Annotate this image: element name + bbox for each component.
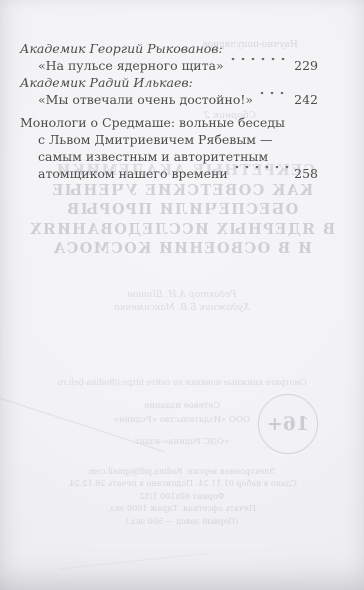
toc-entry-text: Академик Георгий Рыкованов: bbox=[20, 40, 223, 57]
ghost-credit-line: Редактор А.И. Шишов bbox=[0, 289, 364, 302]
toc-entry: самым известным и авторитетным bbox=[20, 148, 318, 165]
dot-leader bbox=[235, 166, 289, 179]
age-rating-label: 16+ bbox=[267, 413, 309, 435]
ghost-title-line: ОБЕСПЕЧИЛИ ПРОРЫВ bbox=[0, 200, 364, 220]
table-of-contents: Академик Георгий Рыкованов: «На пульсе я… bbox=[20, 40, 318, 182]
toc-entry: Академик Георгий Рыкованов: bbox=[20, 40, 318, 57]
ghost-site-line: Смотрите книжные новинки на сайте https:… bbox=[0, 378, 364, 387]
toc-entry-text: с Львом Дмитриевичем Рябевым — bbox=[38, 131, 272, 148]
toc-entry: с Львом Дмитриевичем Рябевым — bbox=[20, 131, 318, 148]
ghost-title-line: КАК СОВЕТСКИЕ УЧЕНЫЕ bbox=[0, 181, 364, 201]
ghost-credit-line: Художник Б.В. Максименко bbox=[0, 302, 364, 315]
toc-page-number: 242 bbox=[294, 91, 318, 108]
toc-entry-text: «Мы отвечали очень достойно!» bbox=[38, 91, 253, 108]
toc-page-number: 229 bbox=[294, 57, 318, 74]
toc-entry: «На пульсе ядерного щита» 229 bbox=[20, 57, 318, 74]
dot-leader bbox=[231, 58, 290, 71]
toc-entry: «Мы отвечали очень достойно!» 242 bbox=[20, 91, 318, 108]
ghost-credits: Редактор А.И. Шишов Художник Б.В. Максим… bbox=[0, 289, 364, 314]
dot-leader bbox=[260, 92, 289, 105]
ghost-print-line: Электронная версия: Rodina.pdf@gmail.com bbox=[0, 466, 364, 478]
toc-page-number: 258 bbox=[294, 165, 318, 182]
toc-entry-text: атомщиком нашего времени bbox=[38, 165, 228, 182]
toc-entry-text: «На пульсе ядерного щита» bbox=[38, 57, 224, 74]
ghost-print-info: Электронная версия: Rodina.pdf@gmail.com… bbox=[0, 466, 364, 528]
toc-entry-text: самым известным и авторитетным bbox=[38, 148, 268, 165]
ghost-imprint-line: «ОДС Родина»-издат bbox=[0, 437, 364, 447]
ghost-publisher-line: ООО «Издательство «Родина» bbox=[0, 414, 364, 428]
ghost-print-line: Печать офсетная. Тираж 1000 экз. bbox=[0, 503, 364, 515]
ghost-publisher-block: Сетевое издание ООО «Издательство «Родин… bbox=[0, 400, 364, 427]
ghost-title-line: В ЯДЕРНЫХ ИССЛЕДОВАНИЯХ bbox=[0, 220, 364, 240]
age-rating-badge: 16+ bbox=[258, 394, 318, 454]
ghost-publisher-line: Сетевое издание bbox=[0, 400, 364, 414]
paper-crease bbox=[0, 389, 165, 453]
toc-entry: атомщиком нашего времени 258 bbox=[20, 165, 318, 182]
paper-crease bbox=[60, 552, 209, 570]
toc-entry-text: Монологи о Средмаше: вольные беседы bbox=[20, 114, 285, 131]
toc-entry-text: Академик Радий Илькаев: bbox=[20, 74, 193, 91]
toc-entry: Академик Радий Илькаев: bbox=[20, 74, 318, 91]
toc-entry: Монологи о Средмаше: вольные беседы bbox=[20, 114, 318, 131]
ghost-print-line: Сдано в набор 01.11.24. Подписано в печа… bbox=[0, 478, 364, 490]
book-page-photo: Научно-популярное Сборник 2 СЕКРЕТНЫЕ АК… bbox=[0, 0, 364, 590]
ghost-print-line: Формат 60х100 1/32 bbox=[0, 491, 364, 503]
ghost-print-line: (Первый завод — 500 экз.) bbox=[0, 516, 364, 528]
ghost-title-line: И В ОСВОЕНИИ КОСМОСА bbox=[0, 239, 364, 259]
